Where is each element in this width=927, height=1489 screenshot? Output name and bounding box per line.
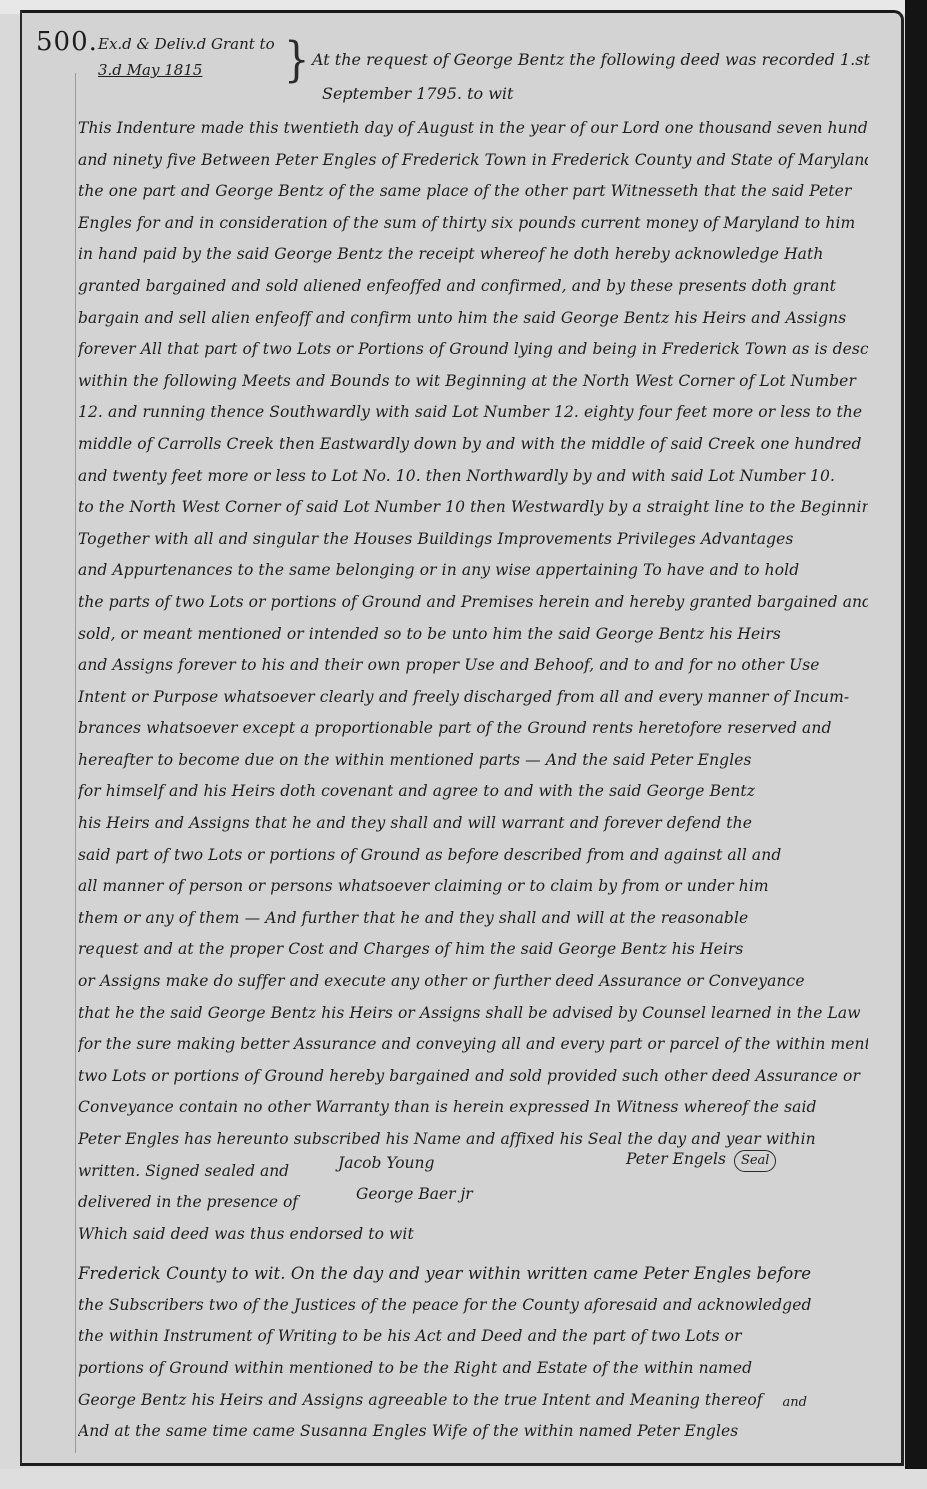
deed-line: and Assigns forever to his and their own… [78, 650, 868, 682]
deed-line: said part of two Lots or portions of Gro… [78, 840, 868, 872]
deed-line: within the following Meets and Bounds to… [78, 366, 868, 398]
deed-line: the parts of two Lots or portions of Gro… [78, 587, 868, 619]
deed-line: middle of Carrolls Creek then Eastwardly… [78, 429, 868, 461]
deed-line: Together with all and singular the House… [78, 524, 868, 556]
endorsement-intro: Which said deed was thus endorsed to wit [78, 1219, 868, 1251]
attestation-text: written. Signed sealed anddelivered in t… [78, 1156, 298, 1219]
signature-block: written. Signed sealed anddelivered in t… [78, 1156, 868, 1219]
deed-line: Intent or Purpose whatsoever clearly and… [78, 682, 868, 714]
seal-icon: Seal [734, 1150, 777, 1172]
signer-name: Peter Engels [626, 1150, 726, 1168]
record-header: At the request of George Bentz the follo… [312, 43, 872, 111]
deed-line: in hand paid by the said George Bentz th… [78, 239, 868, 271]
deed-line: for himself and his Heirs doth covenant … [78, 776, 868, 808]
endorsement-line: the Subscribers two of the Justices of t… [78, 1290, 868, 1322]
deed-line: hereafter to become due on the within me… [78, 745, 868, 777]
header-line1: At the request of George Bentz the follo… [312, 43, 872, 77]
deed-line: the one part and George Bentz of the sam… [78, 176, 868, 208]
deed-line: granted bargained and sold aliened enfeo… [78, 271, 868, 303]
margin-note: Ex.d & Deliv.d Grant to 3.d May 1815 [98, 31, 275, 83]
ledger-page: 500. Ex.d & Deliv.d Grant to 3.d May 181… [20, 10, 904, 1466]
deed-line: bargain and sell alien enfeoff and confi… [78, 303, 868, 335]
attestation-line1: written. Signed sealed and [78, 1156, 298, 1188]
endorsement-line: George Bentz his Heirs and Assigns agree… [78, 1385, 868, 1417]
deed-line: and ninety five Between Peter Engles of … [78, 145, 868, 177]
endorsement-line: Frederick County to wit. On the day and … [78, 1258, 868, 1290]
page-number: 500. [36, 27, 98, 57]
deed-line: and twenty feet more or less to Lot No. … [78, 461, 868, 493]
endorsement-line: portions of Ground within mentioned to b… [78, 1353, 868, 1385]
deed-line: that he the said George Bentz his Heirs … [78, 998, 868, 1030]
header-line2: September 1795. to wit [312, 77, 872, 111]
witness-list: Jacob YoungGeorge Baer jr [338, 1148, 473, 1211]
deed-body: This Indenture made this twentieth day o… [78, 113, 868, 1448]
deed-line: all manner of person or persons whatsoev… [78, 871, 868, 903]
deed-line: them or any of them — And further that h… [78, 903, 868, 935]
endorsement-line: And at the same time came Susanna Engles… [78, 1416, 868, 1448]
margin-rule [75, 73, 76, 1453]
deed-line: to the North West Corner of said Lot Num… [78, 492, 868, 524]
deed-line: sold, or meant mentioned or intended so … [78, 619, 868, 651]
endorsement-line: the within Instrument of Writing to be h… [78, 1321, 868, 1353]
deed-line: two Lots or portions of Ground hereby ba… [78, 1061, 868, 1093]
witness-name: Jacob Young [338, 1148, 473, 1180]
deed-line: brances whatsoever except a proportionab… [78, 713, 868, 745]
attestation-line2: delivered in the presence of [78, 1187, 298, 1219]
deed-line: This Indenture made this twentieth day o… [78, 113, 868, 145]
catchword: and [783, 1395, 807, 1410]
margin-note-line1: Ex.d & Deliv.d Grant to [98, 31, 275, 57]
deed-line: or Assigns make do suffer and execute an… [78, 966, 868, 998]
scan-right-edge [905, 0, 927, 1489]
deed-line: 12. and running thence Southwardly with … [78, 397, 868, 429]
deed-line: Engles for and in consideration of the s… [78, 208, 868, 240]
deed-line: request and at the proper Cost and Charg… [78, 934, 868, 966]
margin-note-line2: 3.d May 1815 [98, 57, 275, 83]
brace-icon: } [284, 32, 309, 87]
deed-line: forever All that part of two Lots or Por… [78, 334, 868, 366]
scan-bottom-edge [0, 1469, 927, 1489]
deed-line: Conveyance contain no other Warranty tha… [78, 1092, 868, 1124]
witness-name: George Baer jr [338, 1179, 473, 1211]
deed-line: for the sure making better Assurance and… [78, 1029, 868, 1061]
deed-line: his Heirs and Assigns that he and they s… [78, 808, 868, 840]
deed-line: and Appurtenances to the same belonging … [78, 555, 868, 587]
grantor-signature: Peter EngelsSeal [626, 1144, 776, 1176]
